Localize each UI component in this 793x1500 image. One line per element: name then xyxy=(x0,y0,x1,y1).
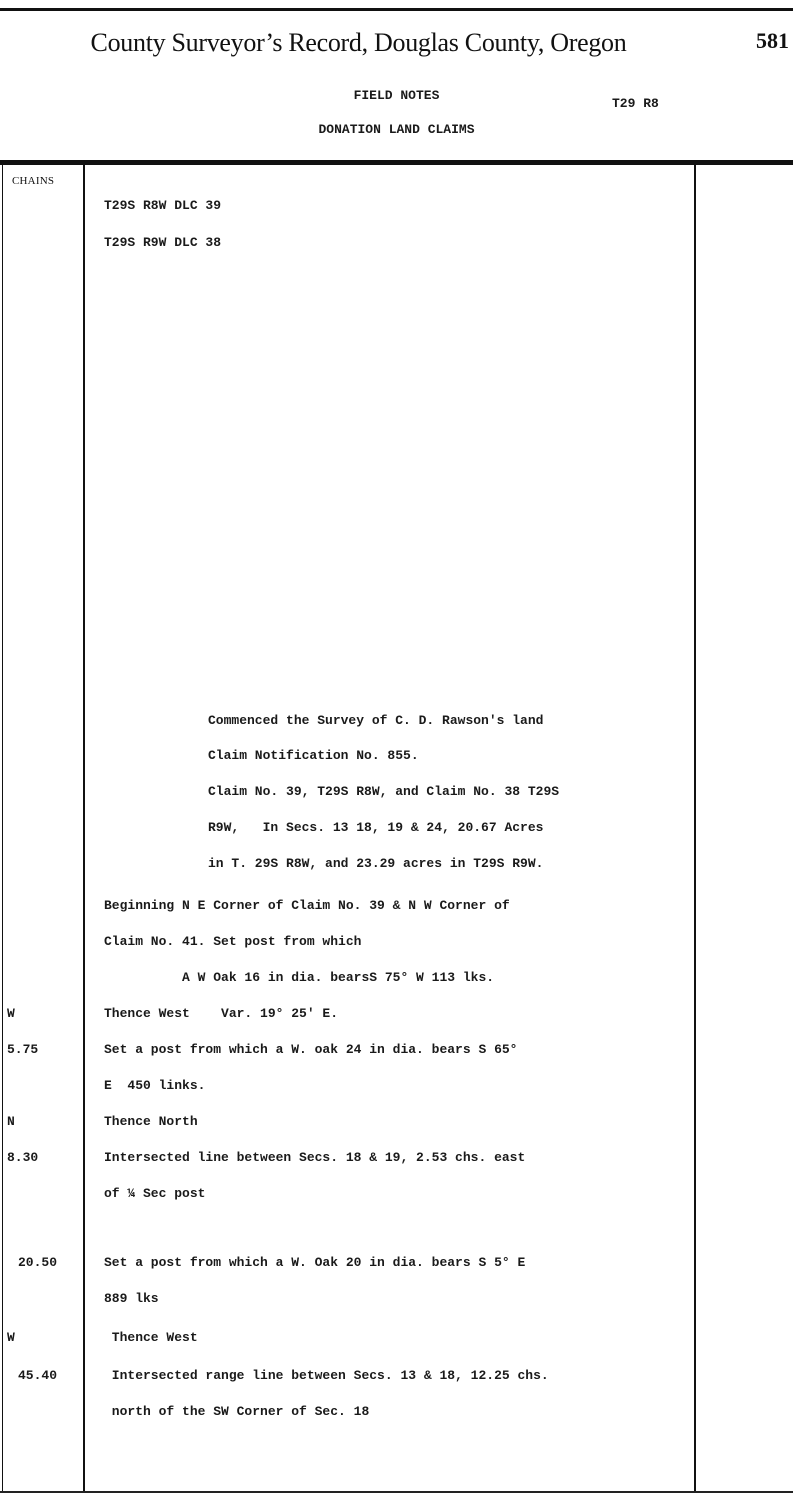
header-rule xyxy=(0,160,793,165)
note-line: Thence West Var. 19° 25' E. xyxy=(104,1006,338,1021)
intro-line: in T. 29S R8W, and 23.29 acres in T29S R… xyxy=(208,856,543,871)
note-line: A W Oak 16 in dia. bearsS 75° W 113 lks. xyxy=(104,970,494,985)
note-line: Beginning N E Corner of Claim No. 39 & N… xyxy=(104,898,510,913)
note-line: Thence West xyxy=(104,1330,198,1345)
margin-column-divider xyxy=(694,164,696,1492)
note-line: Thence North xyxy=(104,1114,198,1129)
note-line: Claim No. 41. Set post from which xyxy=(104,934,361,949)
left-border xyxy=(2,164,3,1492)
note-line: E 450 links. xyxy=(104,1078,205,1093)
bottom-rule xyxy=(0,1491,793,1493)
chain-value: W xyxy=(7,1330,15,1345)
note-line: Intersected range line between Secs. 13 … xyxy=(104,1368,549,1383)
page-number: 581 xyxy=(756,28,789,54)
note-line: Set a post from which a W. oak 24 in dia… xyxy=(104,1042,517,1057)
chains-column-header: CHAINS xyxy=(12,175,54,187)
section-title: DONATION LAND CLAIMS xyxy=(0,122,793,137)
chain-value: N xyxy=(7,1114,15,1129)
dlc-heading: T29S R8W DLC 39 xyxy=(104,198,221,213)
chain-value: 45.40 xyxy=(18,1368,57,1383)
note-line: north of the SW Corner of Sec. 18 xyxy=(104,1404,369,1419)
subtitle-text: FIELD NOTES xyxy=(354,88,440,103)
intro-line: Claim Notification No. 855. xyxy=(208,748,419,763)
chains-column-divider xyxy=(83,164,85,1492)
top-rule xyxy=(0,8,793,11)
chain-value: 20.50 xyxy=(18,1255,57,1270)
note-line: Intersected line between Secs. 18 & 19, … xyxy=(104,1150,525,1165)
chain-value: W xyxy=(7,1006,15,1021)
intro-line: Commenced the Survey of C. D. Rawson's l… xyxy=(208,713,543,728)
township-range: T29 R8 xyxy=(612,96,659,111)
dlc-heading: T29S R9W DLC 38 xyxy=(104,235,221,250)
chain-value: 8.30 xyxy=(7,1150,38,1165)
intro-line: R9W, In Secs. 13 18, 19 & 24, 20.67 Acre… xyxy=(208,820,543,835)
page-title: County Surveyor’s Record, Douglas County… xyxy=(0,28,793,58)
note-line: Set a post from which a W. Oak 20 in dia… xyxy=(104,1255,525,1270)
note-line: of ¼ Sec post xyxy=(104,1186,205,1201)
chain-value: 5.75 xyxy=(7,1042,38,1057)
intro-line: Claim No. 39, T29S R8W, and Claim No. 38… xyxy=(208,784,559,799)
page-title-text: County Surveyor’s Record, Douglas County… xyxy=(91,28,627,57)
subtitle: FIELD NOTES xyxy=(0,88,793,103)
note-line: 889 lks xyxy=(104,1291,159,1306)
